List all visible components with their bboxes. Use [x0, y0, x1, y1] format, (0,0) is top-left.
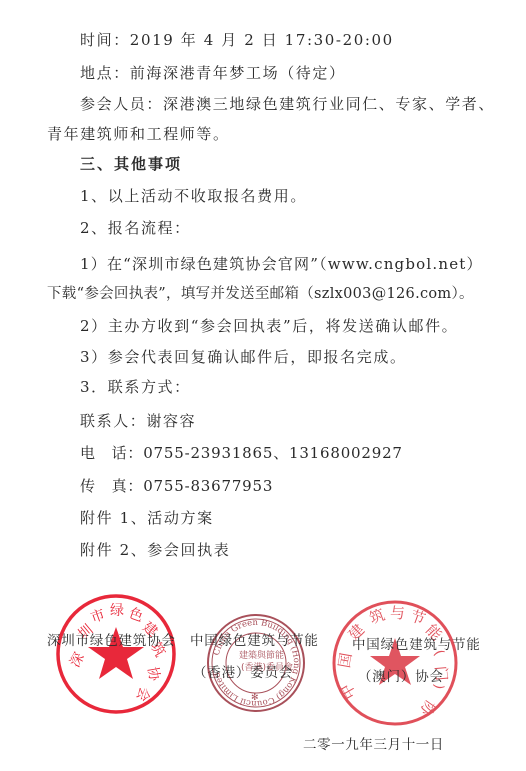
signature-org-3-line-2: （澳门）协会: [358, 668, 444, 686]
fax-line: 传 真：0755-83677953: [80, 476, 273, 496]
stamp-macau-association: 中 国 建 筑 与 节 能 ( 门 ) 协: [330, 598, 460, 728]
item-1-no-fee: 1、以上活动不收取报名费用。: [80, 186, 307, 206]
signature-org-2-line-1: 中国绿色建筑与节能: [190, 632, 319, 650]
stamp-shenzhen-green-building-association: 深 圳 市 绿 色 建 筑 协 会: [55, 593, 177, 715]
attachment-1: 附件 1、活动方案: [80, 508, 214, 528]
phone-line: 电 话：0755-23931865、13168002927: [80, 443, 403, 463]
seal-ring-icon: China Green Building (Hong Kong) Council…: [205, 612, 307, 714]
step-1-line-1: 1）在“深圳市绿色建筑协会官网”（www.cngbol.net）: [80, 254, 483, 274]
location-line: 地点：前海深港青年梦工场（待定）: [80, 63, 346, 83]
seal-star-icon: 深 圳 市 绿 色 建 筑 协 会: [55, 593, 177, 715]
svg-text:✻: ✻: [251, 693, 259, 703]
svg-text:绿: 绿: [110, 603, 124, 619]
svg-text:市: 市: [89, 607, 108, 627]
signature-org-3-line-1: 中国绿色建筑与节能: [352, 636, 481, 654]
svg-text:与: 与: [390, 604, 405, 622]
seal-star-icon: 中 国 建 筑 与 节 能 ( 门 ) 协: [330, 598, 460, 728]
svg-text:筑: 筑: [367, 606, 387, 628]
contact-person: 联系人：谢容容: [80, 411, 196, 431]
section-heading: 三、其他事项: [80, 154, 182, 174]
attendees-line-1: 参会人员：深港澳三地绿色建筑行业同仁、专家、学者、: [80, 94, 495, 114]
svg-text:协: 协: [416, 696, 440, 719]
signature-org-1: 深圳市绿色建筑协会: [47, 632, 176, 650]
stamp-hong-kong-council: China Green Building (Hong Kong) Council…: [205, 612, 307, 714]
svg-text:会: 会: [133, 685, 153, 704]
step-2-line: 2）主办方收到“参会回执表”后，将发送确认邮件。: [80, 316, 458, 336]
svg-text:深: 深: [67, 650, 88, 670]
svg-text:中: 中: [337, 680, 360, 702]
document-date: 二零一九年三月十一日: [303, 733, 444, 753]
step-1-line-2: 下载“参会回执表”，填写并发送至邮箱（szlx003@126.com）。: [47, 284, 474, 304]
attachment-2: 附件 2、参会回执表: [80, 540, 230, 560]
signature-org-2-line-2: （香港）委员会: [193, 664, 293, 682]
svg-text:建築與節能: 建築與節能: [239, 649, 284, 661]
svg-text:色: 色: [127, 605, 146, 625]
time-line: 时间：2019 年 4 月 2 日 17:30-20:00: [80, 30, 394, 50]
item-2-registration: 2、报名流程：: [80, 218, 191, 238]
step-3-line: 3）参会代表回复确认邮件后，即报名完成。: [80, 347, 407, 367]
svg-text:国: 国: [335, 651, 355, 669]
item-3-contact: 3．联系方式：: [80, 377, 191, 397]
svg-text:节: 节: [408, 607, 428, 629]
svg-text:协: 协: [144, 666, 163, 684]
attendees-line-2: 青年建筑师和工程师等。: [47, 124, 230, 144]
